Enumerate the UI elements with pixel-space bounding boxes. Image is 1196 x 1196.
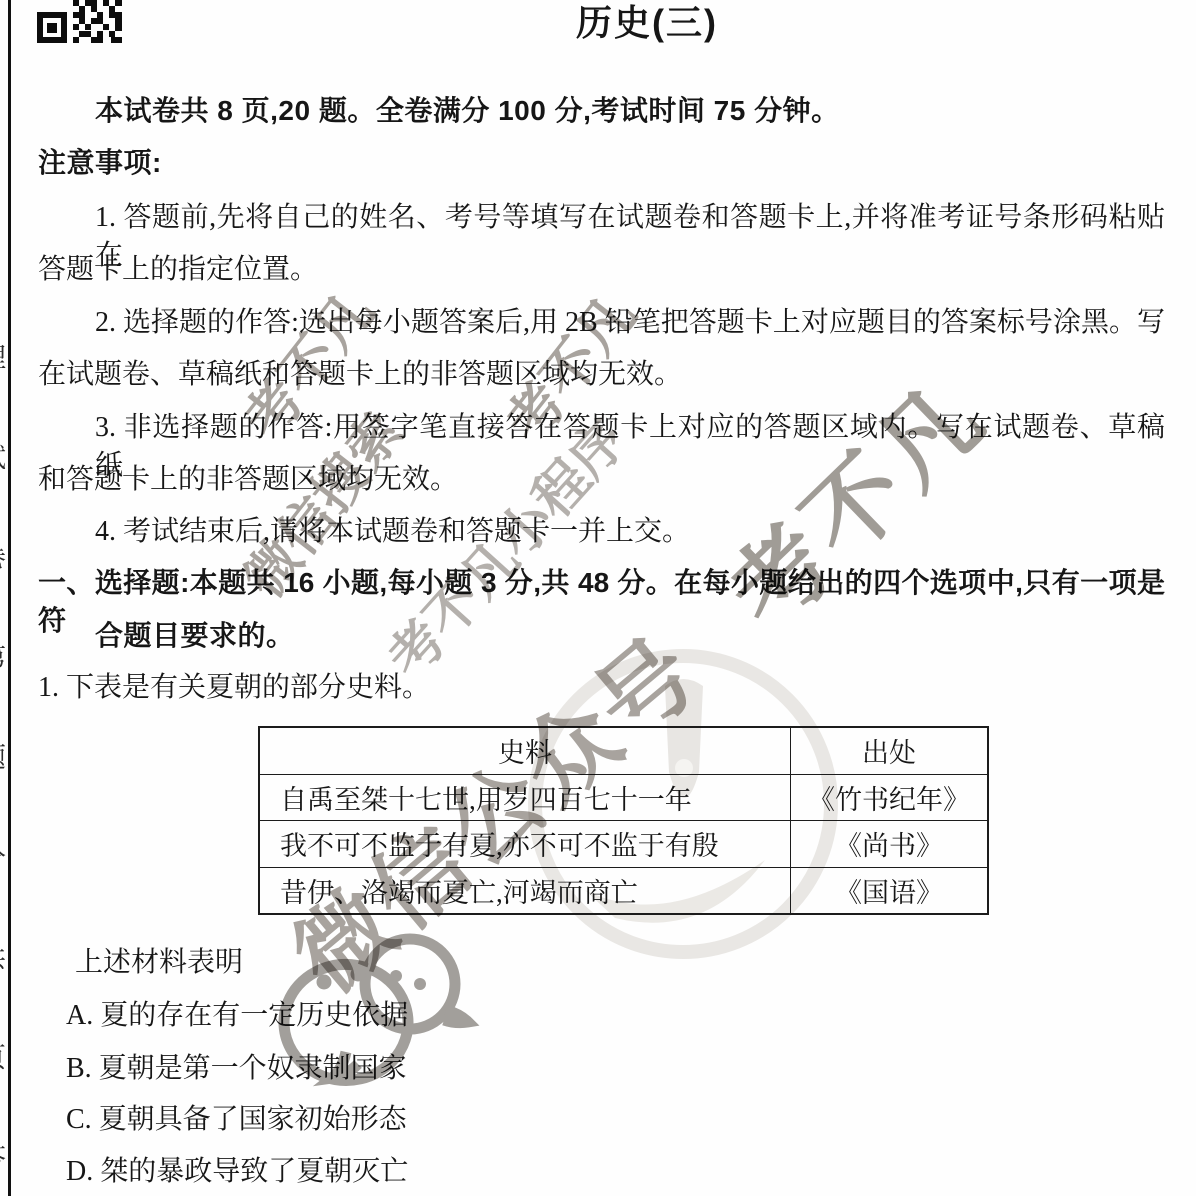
cutoff-edge-glyphs: 理 试 卷 第 题 分 共 页 答 [0, 0, 8, 1196]
edge-glyph: 题 [0, 736, 7, 775]
edge-glyph: 第 [0, 636, 7, 675]
notice1-line2: 答题卡上的指定位置。 [38, 251, 318, 289]
page-title: 历史(三) [576, 0, 718, 46]
table-row1-source: 《竹书纪年》 [791, 775, 987, 822]
option-c: C. 夏朝具备了国家初始形态 [66, 1101, 407, 1139]
question1-lead: 上述材料表明 [75, 944, 243, 982]
edge-glyph: 共 [0, 936, 7, 975]
edge-glyph: 卷 [0, 536, 7, 575]
question1-stem: 1. 下表是有关夏朝的部分史料。 [38, 669, 430, 707]
edge-glyph: 答 [0, 1136, 7, 1175]
section-heading-line2: 合题目要求的。 [95, 617, 295, 655]
table-row3-source: 《国语》 [791, 868, 987, 914]
edge-glyph: 理 [0, 336, 7, 375]
exam-paper-page: 理 试 卷 第 题 分 共 页 答 历史(三) 本试卷共 [0, 0, 1196, 1196]
edge-glyph: 分 [0, 836, 7, 875]
option-d: D. 桀的暴政导致了夏朝灭亡 [66, 1153, 408, 1191]
wechat-logo-watermark [268, 922, 483, 1092]
table-row2-source: 《尚书》 [791, 821, 987, 868]
notice-heading: 注意事项: [38, 144, 162, 182]
qr-code [37, 0, 122, 43]
table-header-chuchu: 出处 [791, 728, 987, 775]
intro-line: 本试卷共 8 页,20 题。全卷满分 100 分,考试时间 75 分钟。 [95, 92, 840, 130]
edge-glyph: 试 [0, 436, 7, 475]
notice4-line: 4. 考试结束后,请将本试题卷和答题卡一并上交。 [95, 513, 690, 551]
edge-glyph: 页 [0, 1036, 7, 1075]
binding-rule-line [8, 0, 11, 1196]
